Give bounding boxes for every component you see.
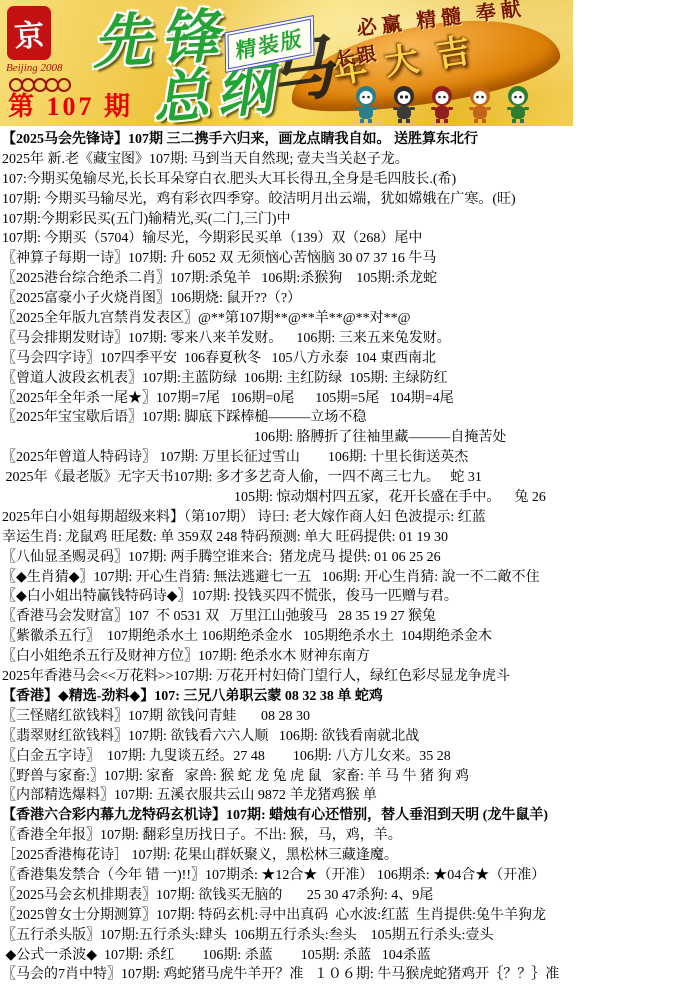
text-line: 〖2025港台综合绝杀二肖〗107期:杀兔羊 106期:杀猴狗 105期:杀龙蛇 [2, 269, 688, 289]
text-line: 〖白小姐绝杀五行及财神方位〗107期: 绝杀水木 财神东南方 [2, 647, 688, 667]
beijing-2008-wordmark: Beijing 2008 [6, 62, 63, 74]
fuwa-panda-mascot-icon [390, 85, 418, 125]
text-line: 2025年香港马会<<万花料>>107期: 万花开村妇倚门望行人，绿红色彩尽显龙… [2, 667, 688, 687]
text-line: 〖香港全年报〗107期: 翻彩皇历找日子。不出: 猴，马，鸡，羊。 [2, 826, 688, 846]
text-line: 2025年白小姐每期超级来料】（第107期） 诗曰: 老大嫁作商人妇 色波提示:… [2, 508, 688, 528]
text-line: ［2025香港梅花诗］ 107期: 花果山群妖聚义，黑松林三藏逢魔。 [2, 846, 688, 866]
text-line: 107:今期买兔输尽光,长长耳朵穿白衣.肥头大耳长得丑,全身是毛四肢长.(希) [2, 170, 688, 190]
text-line: 〖2025年全年杀一尾★〗107期=7尾 106期=0尾 105期=5尾 104… [2, 389, 688, 409]
text-line: 107期:今期彩民买(五门)输精光,买(二门,三门)中 [2, 210, 688, 230]
beijing-2008-seal-icon: 京 [7, 6, 51, 60]
text-line: 107期: 今期买（5704）输尽光，今期彩民买单（139）双（268）尾中 [2, 229, 688, 249]
text-line: 〖香港马会发财富〗107 不 0531 双 万里江山弛骏马 28 35 19 2… [2, 607, 688, 627]
text-line: 105期: 惊动烟村四五家，花开长盛在手中。 兔 26 [2, 488, 688, 508]
fuwa-orange-mascot-icon [466, 85, 494, 125]
text-line: 〖2025富豪小子火烧肖图〗106期烧: 鼠开??（?） [2, 289, 688, 309]
text-line: 【香港六合彩内幕九龙特码玄机诗】107期: 蜡烛有心还惜别，替人垂泪到天明 (龙… [2, 806, 688, 826]
text-line: 〖八仙显圣赐灵码〗107期: 两手腾空谁来合: 猪龙虎马 提供: 01 06 2… [2, 548, 688, 568]
text-line: 107期: 今期买马输尽光，鸡有彩衣四季穿。皎洁明月出云端，犹如嫦娥在广寒。(旺… [2, 190, 688, 210]
text-line: 〖2025全年版九宫禁肖发表区〗@**第107期**@**羊**@**对**@ [2, 309, 688, 329]
content-lines: 【2025马会先锋诗】107期 三二携手六归来，画龙点睛我自如。 送胜算东北行2… [0, 126, 688, 985]
text-line: 〖2025年曾道人特码诗〗 107期: 万里长征过雪山 106期: 十里长街送英… [2, 448, 688, 468]
text-line: 〖内部精选爆料〗107期: 五溪衣服共云山 9872 羊龙猪鸡猴 单 [2, 786, 688, 806]
text-line: 〖三怪赌红欲钱料〗107期 欲钱问青蛙 08 28 30 [2, 707, 688, 727]
text-line: 〖◆白小姐出特赢钱特码诗◆〗107期: 投钱买四不慌张，俊马一匹赠与君。 [2, 587, 688, 607]
text-line: 〖马会四字诗〗107四季平安 106春夏秋冬 105八方永泰 104 東西南北 [2, 349, 688, 369]
text-line: 2025年 新.老《藏宝图》107期: 马到当天自然现; 壹夫当关赵子龙。 [2, 150, 688, 170]
fuwa-mascots-row [352, 85, 532, 125]
fuwa-blue-mascot-icon [352, 85, 380, 125]
text-line: 〖曾道人波段玄机表〗107期:主蓝防绿 106期: 主红防绿 105期: 主绿防… [2, 369, 688, 389]
text-line: 〖2025年宝宝歇后语〗107期: 脚底下踩棒槌———立场不稳 [2, 408, 688, 428]
text-line: 〖神算子每期一诗〗107期: 升 6052 双 无须恼心苦恼脑 30 07 37… [2, 249, 688, 269]
text-line: 幸运生肖: 龙鼠鸡 旺尾数: 单 359双 248 特码预测: 单大 旺码提供:… [2, 528, 688, 548]
issue-number-label: 第 107 期 [8, 86, 133, 123]
text-line: 【2025马会先锋诗】107期 三二携手六归来，画龙点睛我自如。 送胜算东北行 [2, 130, 688, 150]
masthead-banner: 年大吉 马 京 Beijing 2008 先锋 总纲 第 107 期 精装版 必… [0, 0, 573, 126]
fuwa-green-mascot-icon [504, 85, 532, 125]
text-line: 〖◆生肖猜◆〗107期: 开心生肖猜: 無法逃避七一五 106期: 开心生肖猜:… [2, 568, 688, 588]
text-line: 〖香港集发禁合（今年 错 一)!!〗107期杀: ★12合★（开准） 106期杀… [2, 866, 688, 886]
text-line: 〖马会的7肖中特〗107期: 鸡蛇猪马虎牛羊开？准 １０６期: 牛马猴虎蛇猪鸡开… [2, 965, 688, 985]
text-line: 〖马会排期发财诗〗107期: 零来八来羊发财。 106期: 三来五来兔发财。 [2, 329, 688, 349]
text-line: 【香港】◆精选-劲料◆】107: 三兄八弟职云蒙 08 32 38 单 蛇鸡 [2, 687, 688, 707]
text-line: ◆公式一杀波◆ 107期: 杀红 106期: 杀蓝 105期: 杀蓝 104杀蓝 [2, 946, 688, 966]
text-line: 〖五行杀头版〗107期:五行杀头:肆头 106期五行杀头:叁头 105期五行杀头… [2, 926, 688, 946]
text-line: 〖2025马会玄机排期表〗107期: 欲钱买无脑的 25 30 47杀狗: 4、… [2, 886, 688, 906]
seal-character: 京 [13, 10, 46, 56]
text-line: 106期: 胳膊折了往袖里藏———自掩苦处 [2, 428, 688, 448]
text-line: 〖野兽与家畜:〗107期: 家畜 家兽: 猴 蛇 龙 兔 虎 鼠 家畜: 羊 马… [2, 767, 688, 787]
text-line: 〖2025曾女士分期测算〗107期: 特码玄机:寻中出真码 心水波:红蓝 生肖提… [2, 906, 688, 926]
fuwa-red-mascot-icon [428, 85, 456, 125]
text-line: 2025年《最老版》无字天书107期: 多才多艺奇人偷，一四不离三七九。 蛇 3… [2, 468, 688, 488]
text-line: 〖紫徽杀五行〗 107期绝杀水土 106期绝杀金水 105期绝杀水土 104期绝… [2, 627, 688, 647]
text-line: 〖翡翠财红欲钱料〗107期: 欲钱看六六人顺 106期: 欲钱看南就北战 [2, 727, 688, 747]
text-line: 〖白金五字诗〗 107期: 九叟谈五经。27 48 106期: 八方儿女来。35… [2, 747, 688, 767]
